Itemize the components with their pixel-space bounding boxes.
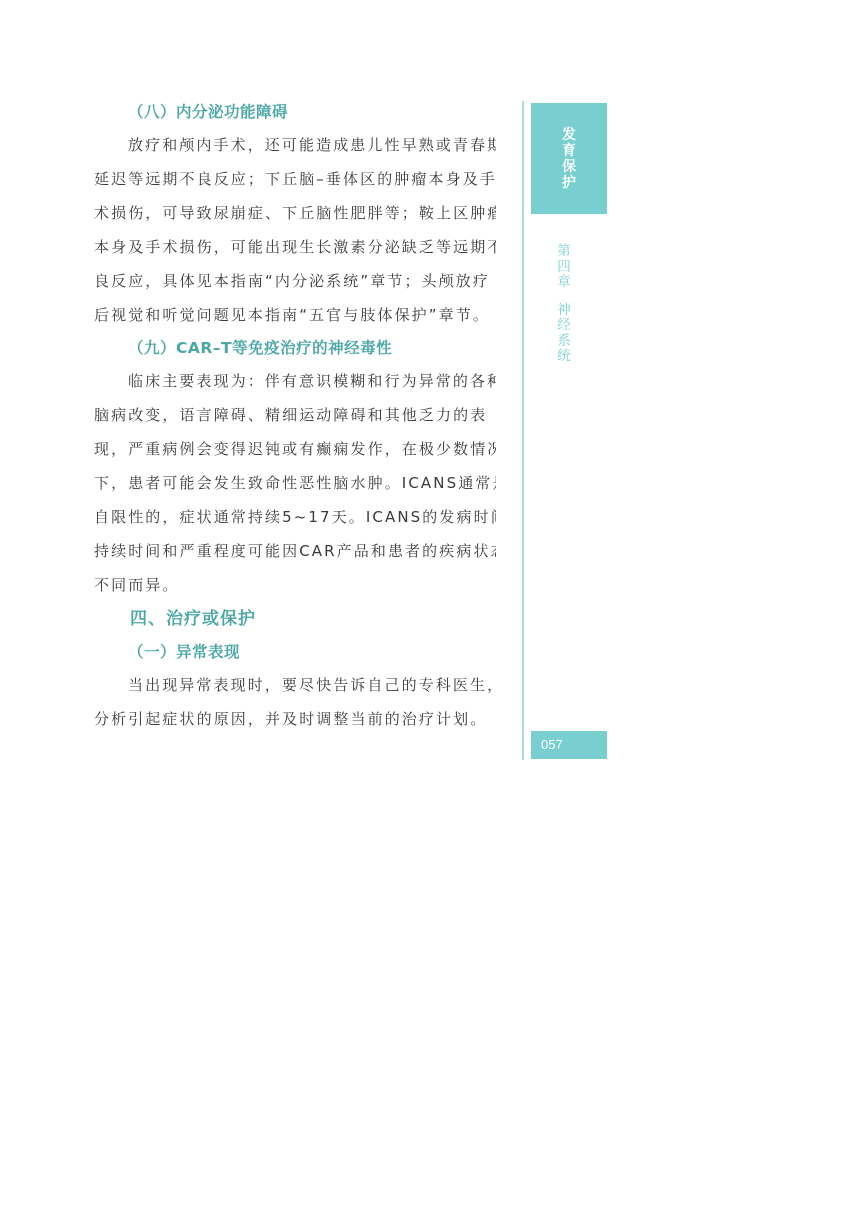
chapter-title: 神经系统 — [557, 302, 571, 365]
section-heading-car-t: （九）CAR–T等免疫治疗的神经毒性 — [94, 332, 496, 364]
text-line: 临床主要表现为：伴有意识模糊和行为异常的各种 — [94, 364, 496, 398]
text-line: 现，严重病例会变得迟钝或有癫痫发作，在极少数情况 — [94, 432, 496, 466]
text-line: 延迟等远期不良反应；下丘脑–垂体区的肿瘤本身及手 — [94, 162, 496, 196]
text-line: 持续时间和严重程度可能因CAR产品和患者的疾病状态 — [94, 534, 496, 568]
text-line: 自限性的，症状通常持续5~17天。ICANS的发病时间、 — [94, 500, 496, 534]
section-heading-endocrine: （八）内分泌功能障碍 — [94, 96, 496, 128]
text-line: 放疗和颅内手术，还可能造成患儿性早熟或青春期 — [94, 128, 496, 162]
margin-divider — [522, 101, 524, 760]
section-tab: 发育保护 — [531, 103, 607, 214]
text-line: 下，患者可能会发生致命性恶性脑水肿。ICANS通常是 — [94, 466, 496, 500]
part-heading-treatment: 四、治疗或保护 — [94, 602, 496, 636]
text-line: 后视觉和听觉问题见本指南“五官与肢体保护”章节。 — [94, 298, 496, 332]
text-line: 术损伤，可导致尿崩症、下丘脑性肥胖等；鞍上区肿瘤 — [94, 196, 496, 230]
text-line: 当出现异常表现时，要尽快告诉自己的专科医生， — [94, 668, 496, 702]
text-line: 不同而异。 — [94, 568, 496, 602]
section-tab-label: 发育保护 — [561, 127, 577, 191]
text-line: 脑病改变，语言障碍、精细运动障碍和其他乏力的表 — [94, 398, 496, 432]
page-number: 057 — [531, 731, 607, 759]
paragraph-abnormal: 当出现异常表现时，要尽快告诉自己的专科医生， 分析引起症状的原因，并及时调整当前… — [94, 668, 496, 736]
chapter-number: 第四章 — [557, 243, 571, 290]
paragraph-car-t: 临床主要表现为：伴有意识模糊和行为异常的各种 脑病改变，语言障碍、精细运动障碍和… — [94, 364, 496, 602]
paragraph-endocrine: 放疗和颅内手术，还可能造成患儿性早熟或青春期 延迟等远期不良反应；下丘脑–垂体区… — [94, 128, 496, 332]
text-line: 分析引起症状的原因，并及时调整当前的治疗计划。 — [94, 702, 496, 736]
chapter-label: 第四章 神经系统 — [556, 244, 572, 365]
text-line: 良反应，具体见本指南“内分泌系统”章节；头颅放疗 — [94, 264, 496, 298]
text-line: 本身及手术损伤，可能出现生长激素分泌缺乏等远期不 — [94, 230, 496, 264]
page-content: （八）内分泌功能障碍 放疗和颅内手术，还可能造成患儿性早熟或青春期 延迟等远期不… — [94, 96, 496, 736]
section-heading-abnormal: （一）异常表现 — [94, 636, 496, 668]
